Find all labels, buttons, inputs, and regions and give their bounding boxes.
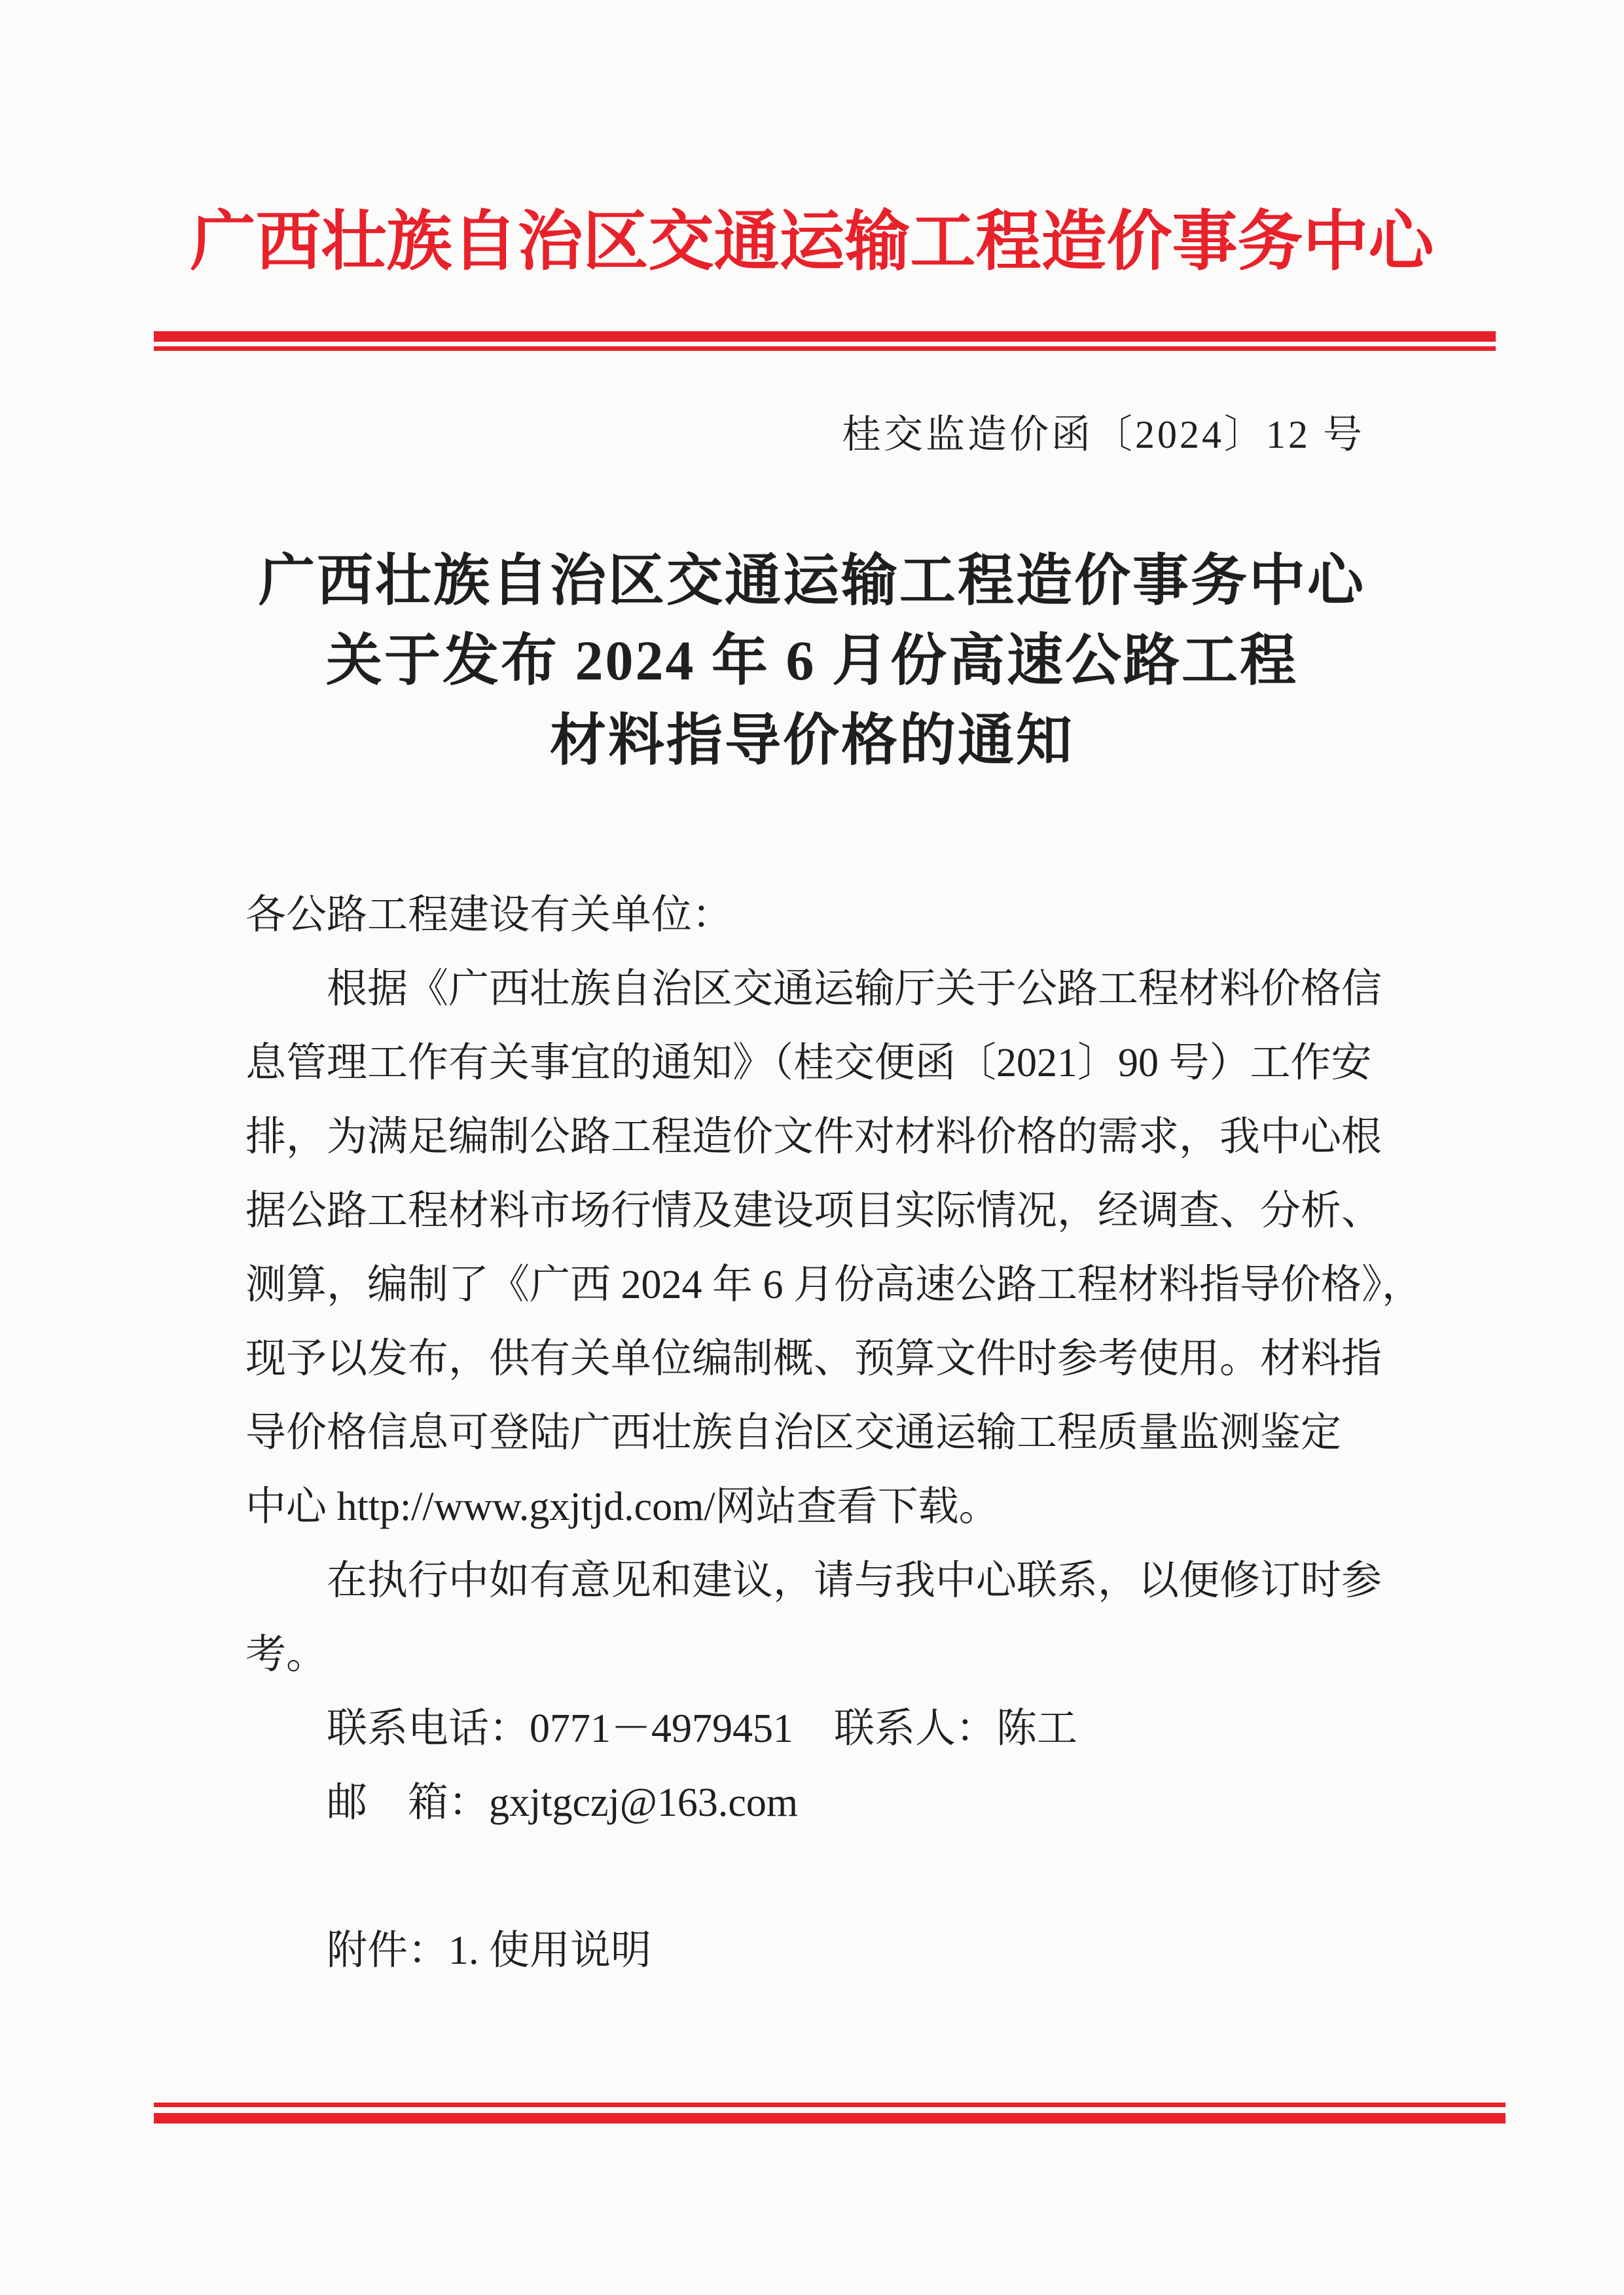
attachment-item: 1. 使用说明 — [448, 1928, 651, 1973]
notice-title-line-3: 材料指导价格的通知 — [0, 700, 1624, 780]
email-value: gxjtgczj@163.com — [489, 1780, 798, 1825]
notice-title-line-2: 关于发布 2024 年 6 月份高速公路工程 — [0, 621, 1624, 700]
letterhead-org-name: 广西壮族自治区交通运输工程造价事务中心 — [0, 189, 1624, 283]
body-line: 排，为满足编制公路工程造价文件对材料价格的需求，我中心根 — [245, 1100, 1424, 1174]
email-line: 邮 箱：gxjtgczj@163.com — [245, 1766, 1424, 1840]
notice-title-line-1: 广西壮族自治区交通运输工程造价事务中心 — [0, 541, 1624, 621]
attachment-label: 附件： — [327, 1928, 448, 1973]
body-line: 在执行中如有意见和建议，请与我中心联系，以便修订时参 — [245, 1544, 1424, 1618]
footer-rule-thick — [154, 2113, 1506, 2123]
header-rule-thick — [154, 331, 1496, 342]
document-number: 桂交监造价函〔2024〕12 号 — [842, 403, 1365, 460]
page: { "colors": { "accent_red": "#e8212a", "… — [0, 0, 1624, 2295]
header-rule-thin — [154, 346, 1496, 351]
body-line-website-url: 中心 http://www.gxjtjd.com/网站查看下载。 — [245, 1470, 1424, 1544]
contact-phone-label: 联系电话： — [327, 1707, 530, 1751]
attachment-line: 附件：1. 使用说明 — [245, 1914, 1424, 1988]
body-line: 导价格信息可登陆广西壮族自治区交通运输工程质量监测鉴定 — [245, 1396, 1424, 1470]
body-line: 息管理工作有关事宜的通知》（桂交便函〔2021〕90 号）工作安 — [245, 1026, 1424, 1100]
contact-person-value: 陈工 — [996, 1707, 1077, 1751]
email-label: 邮 箱： — [327, 1780, 489, 1825]
contact-line: 联系电话：0771－4979451联系人：陈工 — [245, 1692, 1424, 1766]
salutation-line: 各公路工程建设有关单位： — [245, 878, 1424, 952]
body-line: 据公路工程材料市场行情及建设项目实际情况，经调查、分析、 — [245, 1174, 1424, 1248]
footer-rule-thin — [154, 2103, 1506, 2107]
body-line: 现予以发布，供有关单位编制概、预算文件时参考使用。材料指 — [245, 1322, 1424, 1396]
contact-person-label: 联系人： — [834, 1707, 996, 1751]
body-line: 考。 — [245, 1618, 1424, 1692]
body-line: 测算，编制了《广西 2024 年 6 月份高速公路工程材料指导价格》， — [245, 1248, 1424, 1322]
body-line: 根据《广西壮族自治区交通运输厅关于公路工程材料价格信 — [245, 952, 1424, 1026]
notice-title: 广西壮族自治区交通运输工程造价事务中心 关于发布 2024 年 6 月份高速公路… — [0, 541, 1624, 780]
contact-phone-value: 0771－4979451 — [530, 1707, 793, 1751]
notice-body: 各公路工程建设有关单位： 根据《广西壮族自治区交通运输厅关于公路工程材料价格信 … — [245, 878, 1424, 1988]
